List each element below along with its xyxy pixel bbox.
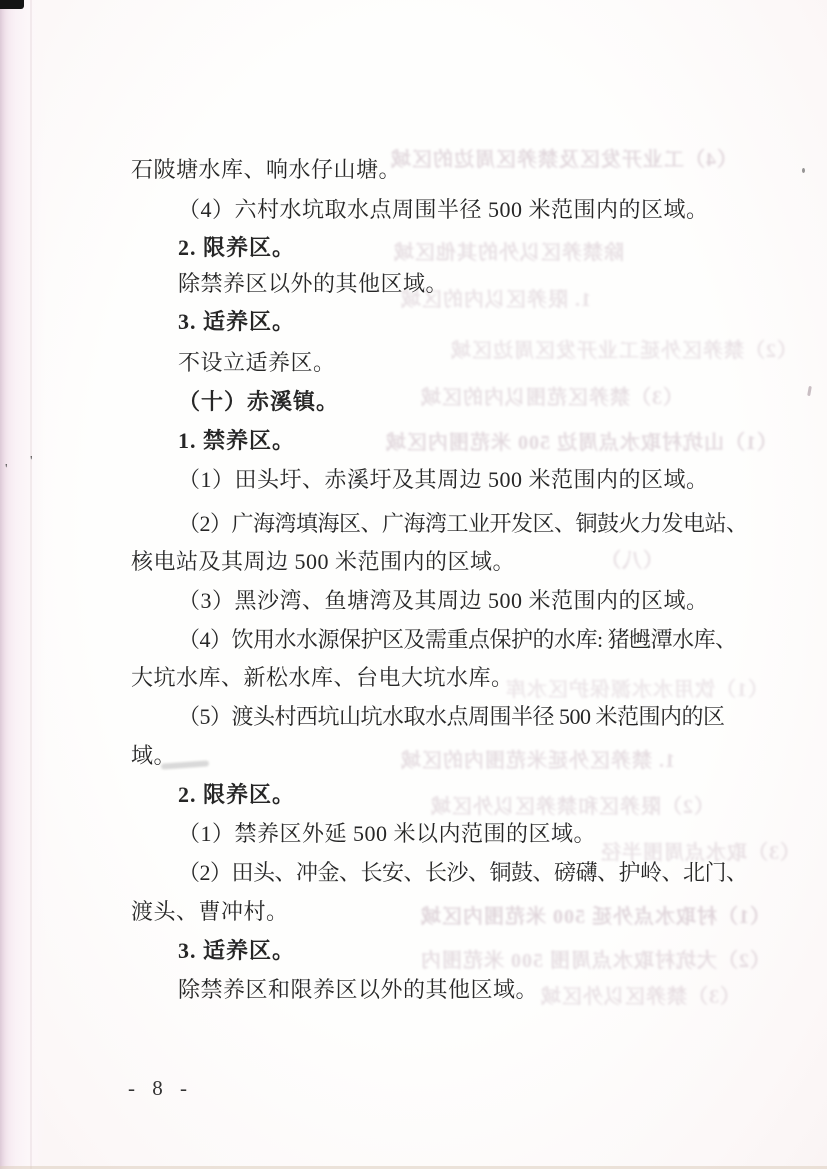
text-line: 不设立适养区。 — [131, 349, 827, 377]
section-heading: （十）赤溪镇。 — [131, 388, 827, 416]
text-line: 渡头、曹冲村。 — [131, 898, 811, 926]
text-line: 域。 — [131, 742, 811, 770]
text-line: （1）禁养区外延 500 米以内范围的区域。 — [131, 820, 827, 848]
scan-edge-line — [30, 0, 32, 1169]
section-heading: 1. 禁养区。 — [131, 427, 827, 455]
text-line: 除禁养区以外的其他区域。 — [131, 270, 827, 298]
section-heading: 2. 限养区。 — [131, 781, 827, 809]
section-heading: 3. 适养区。 — [131, 308, 827, 336]
ink-speck: ' — [5, 462, 8, 478]
section-heading: 2. 限养区。 — [131, 234, 827, 262]
text-line: （4）饮用水水源保护区及需重点保护的水库: 猪乸潭水库、 — [131, 626, 827, 654]
text-line: （4）六村水坑取水点周围半径 500 米范围内的区域。 — [131, 196, 827, 224]
text-line: 大坑水库、新松水库、台电大坑水库。 — [131, 664, 811, 692]
text-line: 除禁养区和限养区以外的其他区域。 — [131, 976, 827, 1004]
section-heading: 3. 适养区。 — [131, 937, 827, 965]
text-line: 核电站及其周边 500 米范围内的区域。 — [131, 548, 811, 576]
text-line: （2）田头、冲金、长安、长沙、铜鼓、磅礴、护岭、北门、 — [131, 859, 827, 887]
text-line: （2）广海湾填海区、广海湾工业开发区、铜鼓火力发电站、 — [131, 510, 827, 538]
text-line: （3）黑沙湾、鱼塘湾及其周边 500 米范围内的区域。 — [131, 587, 827, 615]
ink-speck — [802, 168, 805, 173]
scanned-page: （4）工业开发区及禁养区周边的区域 除禁养区以外的其他区域 1. 限养区以内的区… — [0, 0, 827, 1169]
ink-speck: ' — [30, 454, 33, 470]
text-line: 石陂塘水库、响水仔山塘。 — [131, 156, 811, 184]
scan-corner-mark — [0, 0, 24, 9]
text-line: （5）渡头村西坑山坑水取水点周围半径 500 米范围内的区 — [131, 703, 827, 731]
text-line: （1）田头圩、赤溪圩及其周边 500 米范围内的区域。 — [131, 466, 827, 494]
scan-edge-shadow — [0, 0, 46, 1169]
page-number: - 8 - — [128, 1076, 189, 1101]
